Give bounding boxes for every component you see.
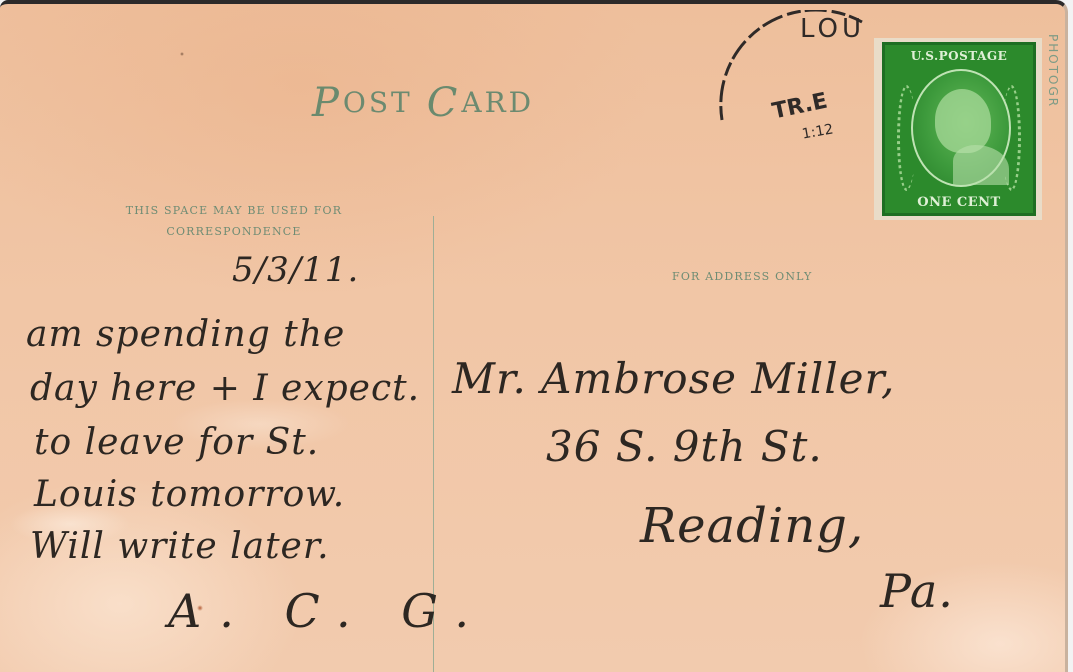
- address-label: FOR ADDRESS ONLY: [672, 270, 812, 283]
- message-signature: A. C. G.: [168, 584, 487, 638]
- message-line-4: Louis tomorrow.: [34, 474, 345, 515]
- address-line-3: Reading,: [640, 498, 864, 554]
- stamp-edge-text: PHOTOGR: [1046, 34, 1060, 108]
- portrait-shoulder-icon: [953, 145, 1009, 185]
- title-cap-p: P: [312, 80, 342, 126]
- postage-stamp: U.S.POSTAGE ONE CENT: [874, 38, 1042, 220]
- correspondence-label-line2: CORRESPONDENCE: [88, 221, 380, 242]
- stamp-portrait-oval: [911, 69, 1011, 187]
- postcard-title: POSTCARD: [312, 80, 534, 126]
- message-line-1: am spending the: [26, 314, 345, 355]
- title-word-ard: ARD: [461, 86, 534, 119]
- message-date: 5/3/11.: [232, 250, 359, 290]
- message-line-2: day here + I expect.: [30, 368, 420, 409]
- address-line-1: Mr. Ambrose Miller,: [452, 354, 895, 403]
- postcard-back: POSTCARD THIS SPACE MAY BE USED FOR CORR…: [0, 0, 1068, 672]
- stamp-frame: U.S.POSTAGE ONE CENT: [882, 42, 1036, 216]
- address-line-2: 36 S. 9th St.: [546, 422, 823, 471]
- title-word-ost: OST: [343, 86, 413, 119]
- stamp-top-text: U.S.POSTAGE: [885, 49, 1033, 63]
- message-line-5: Will write later.: [30, 526, 330, 567]
- title-cap-c: C: [427, 80, 461, 126]
- correspondence-label-line1: THIS SPACE MAY BE USED FOR: [88, 200, 380, 221]
- correspondence-label: THIS SPACE MAY BE USED FOR CORRESPONDENC…: [88, 200, 380, 242]
- portrait-head-icon: [935, 89, 991, 153]
- message-line-3: to leave for St.: [34, 422, 319, 463]
- postmark-city: LOU: [800, 14, 865, 44]
- address-line-4: Pa.: [880, 564, 954, 618]
- stamp-bottom-text: ONE CENT: [885, 195, 1033, 210]
